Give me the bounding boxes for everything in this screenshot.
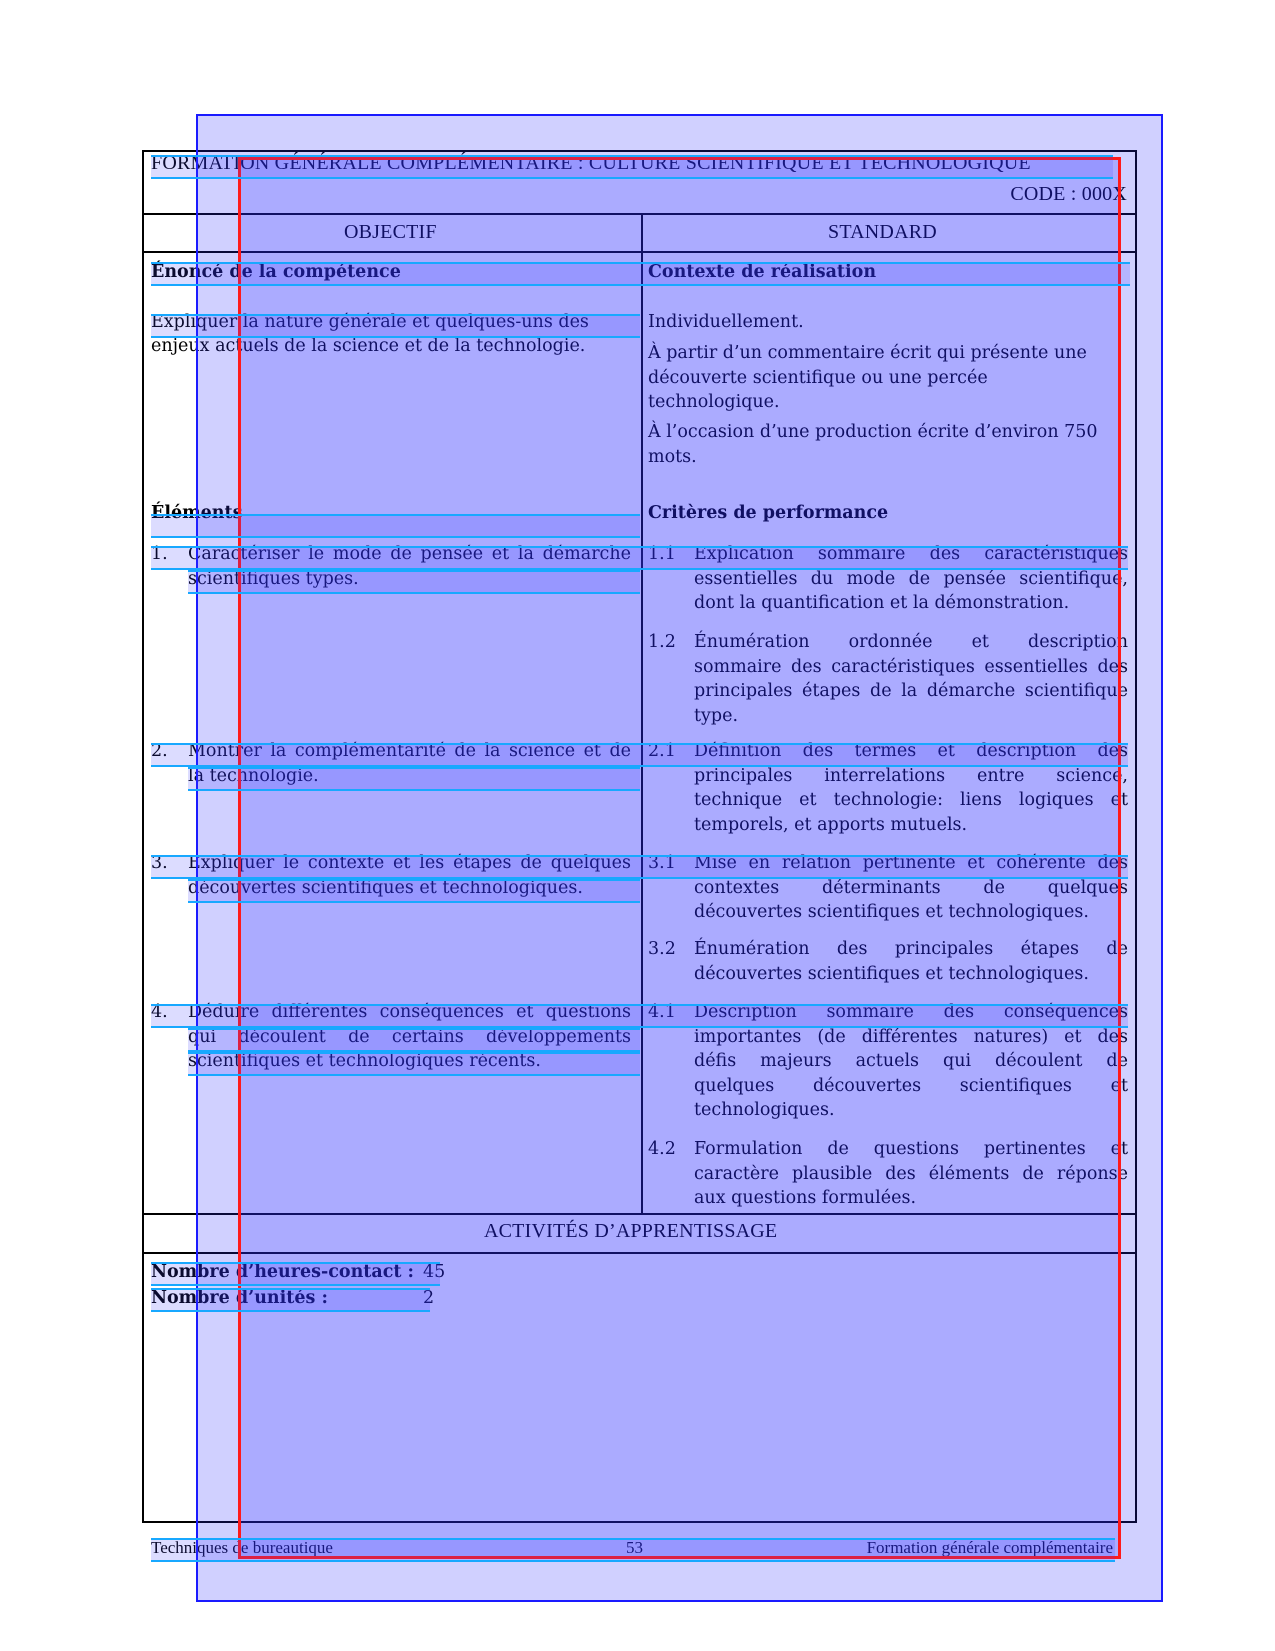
critere-line: dont la quantification et la démonstrati… [694,591,1069,616]
unites-value: 2 [423,1286,434,1311]
contexte-item: mots. [648,445,697,470]
activites-heading: ACTIVITÉS D’APPRENTISSAGE [484,1219,777,1244]
element-number: 1. [151,542,168,567]
footer-right: Formation générale complémentaire [867,1536,1113,1561]
divider [144,1252,1135,1254]
contexte-item: technologique. [648,390,780,415]
column-header-objectif: OBJECTIF [344,220,437,245]
critere-number: 4.2 [648,1137,676,1162]
heures-contact-label: Nombre d’heures-contact : [151,1260,414,1285]
critere-line: essentielles du mode de pensée scientifi… [694,567,1128,592]
element-line: la technologie. [188,764,319,789]
critere-line: Définition des termes et description des [694,739,1128,764]
element-line: découvertes scientifiques et technologiq… [188,876,583,901]
critere-number: 3.1 [648,851,676,876]
element-line: Montrer la complémentarité de la science… [188,739,631,764]
critere-line: défis majeurs actuels qui découlent de [694,1049,1128,1074]
divider [144,251,1135,253]
critere-line: Mise en relation pertinente et cohérente… [694,851,1128,876]
competence-line: Expliquer la nature générale et quelques… [151,310,589,335]
critere-line: caractère plausible des éléments de répo… [694,1162,1128,1187]
element-number: 2. [151,739,168,764]
competence-line: enjeux actuels de la science et de la te… [151,334,585,359]
critere-line: aux questions formulées. [694,1186,916,1211]
critere-line: principales étapes de la démarche scient… [694,679,1128,704]
critere-number: 4.1 [648,1000,676,1025]
contexte-item: À l’occasion d’une production écrite d’e… [648,420,1098,445]
footer-left: Techniques de bureautique [151,1536,333,1561]
column-header-standard: STANDARD [828,220,937,245]
critere-line: quelques découvertes scientifiques et [694,1074,1128,1099]
critere-line: principales interrelations entre science… [694,764,1128,789]
element-line: scientifiques et technologiques récents. [188,1049,541,1074]
contexte-item: À partir d’un commentaire écrit qui prés… [648,341,1087,366]
element-number: 3. [151,851,168,876]
critere-line: technique et technologie: liens logiques… [694,788,1128,813]
critere-line: Énumération ordonnée et description [694,630,1128,655]
contexte-item: Individuellement. [648,310,804,335]
contexte-heading: Contexte de réalisation [648,260,876,285]
element-number: 4. [151,1000,168,1025]
element-line: Expliquer le contexte et les étapes de q… [188,851,631,876]
critere-line: temporels, et apports mutuels. [694,813,967,838]
critere-number: 3.2 [648,937,676,962]
critere-number: 1.1 [648,542,676,567]
page-title: FORMATION GÉNÉRALE COMPLÉMENTAIRE : CULT… [151,151,1031,176]
column-divider [641,213,643,1213]
critere-line: Explication sommaire des caractéristique… [694,542,1128,567]
critere-number: 2.1 [648,739,676,764]
competence-heading: Énoncé de la compétence [151,260,401,285]
elements-heading: Éléments [151,501,242,526]
element-line: Déduire différentes conséquences et ques… [188,1000,631,1025]
contexte-item: découverte scientifique ou une percée [648,366,988,391]
heures-contact-value: 45 [423,1260,445,1285]
critere-line: Énumération des principales étapes de [694,937,1128,962]
divider [144,1213,1135,1215]
document-page: FORMATION GÉNÉRALE COMPLÉMENTAIRE : CULT… [0,0,1275,1651]
divider [144,213,1135,215]
page-number: 53 [626,1536,643,1561]
critere-line: Description sommaire des conséquences [694,1000,1128,1025]
critere-line: sommaire des caractéristiques essentiell… [694,655,1128,680]
criteres-heading: Critères de performance [648,501,888,526]
critere-line: découvertes scientifiques et technologiq… [694,962,1089,987]
critere-line: découvertes scientifiques et technologiq… [694,900,1089,925]
critere-line: technologiques. [694,1098,835,1123]
critere-line: Formulation de questions pertinentes et [694,1137,1128,1162]
critere-line: contextes déterminants de quelques [694,876,1128,901]
critere-number: 1.2 [648,630,676,655]
unites-label: Nombre d’unités : [151,1286,328,1311]
course-code: CODE : 000X [1010,182,1127,207]
critere-line: importantes (de différentes natures) et … [694,1025,1128,1050]
element-line: qui découlent de certains développements [188,1025,631,1050]
critere-line: type. [694,704,738,729]
element-line: Caractériser le mode de pensée et la dém… [188,542,631,567]
element-line: scientifiques types. [188,567,359,592]
